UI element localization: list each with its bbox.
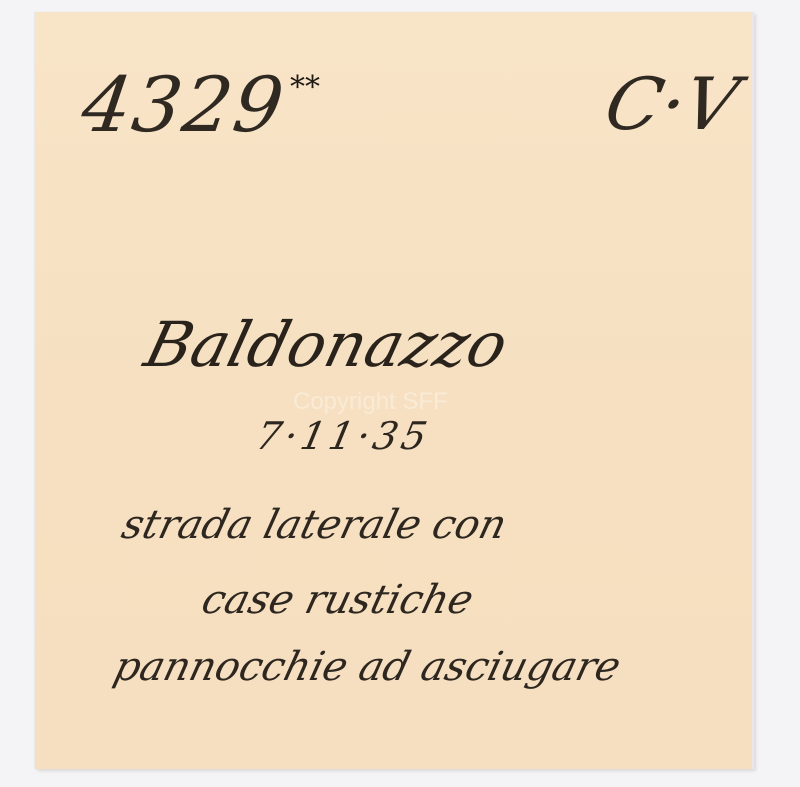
corner-mark: C·V <box>598 62 746 146</box>
description-line-2: case rustiche <box>197 577 478 623</box>
description-line-3: pannocchie ad asciugare <box>109 644 625 690</box>
catalog-number: 4329 <box>77 60 291 149</box>
archival-index-card: 4329 ** C·V Baldonazzo Copyright SFF 7·1… <box>35 12 754 769</box>
place-name: Baldonazzo <box>138 308 515 381</box>
date: 7·11·35 <box>252 414 434 458</box>
copyright-watermark: Copyright SFF <box>293 388 448 416</box>
description-line-1: strada laterale con <box>117 502 511 548</box>
catalog-stars: ** <box>290 70 320 105</box>
